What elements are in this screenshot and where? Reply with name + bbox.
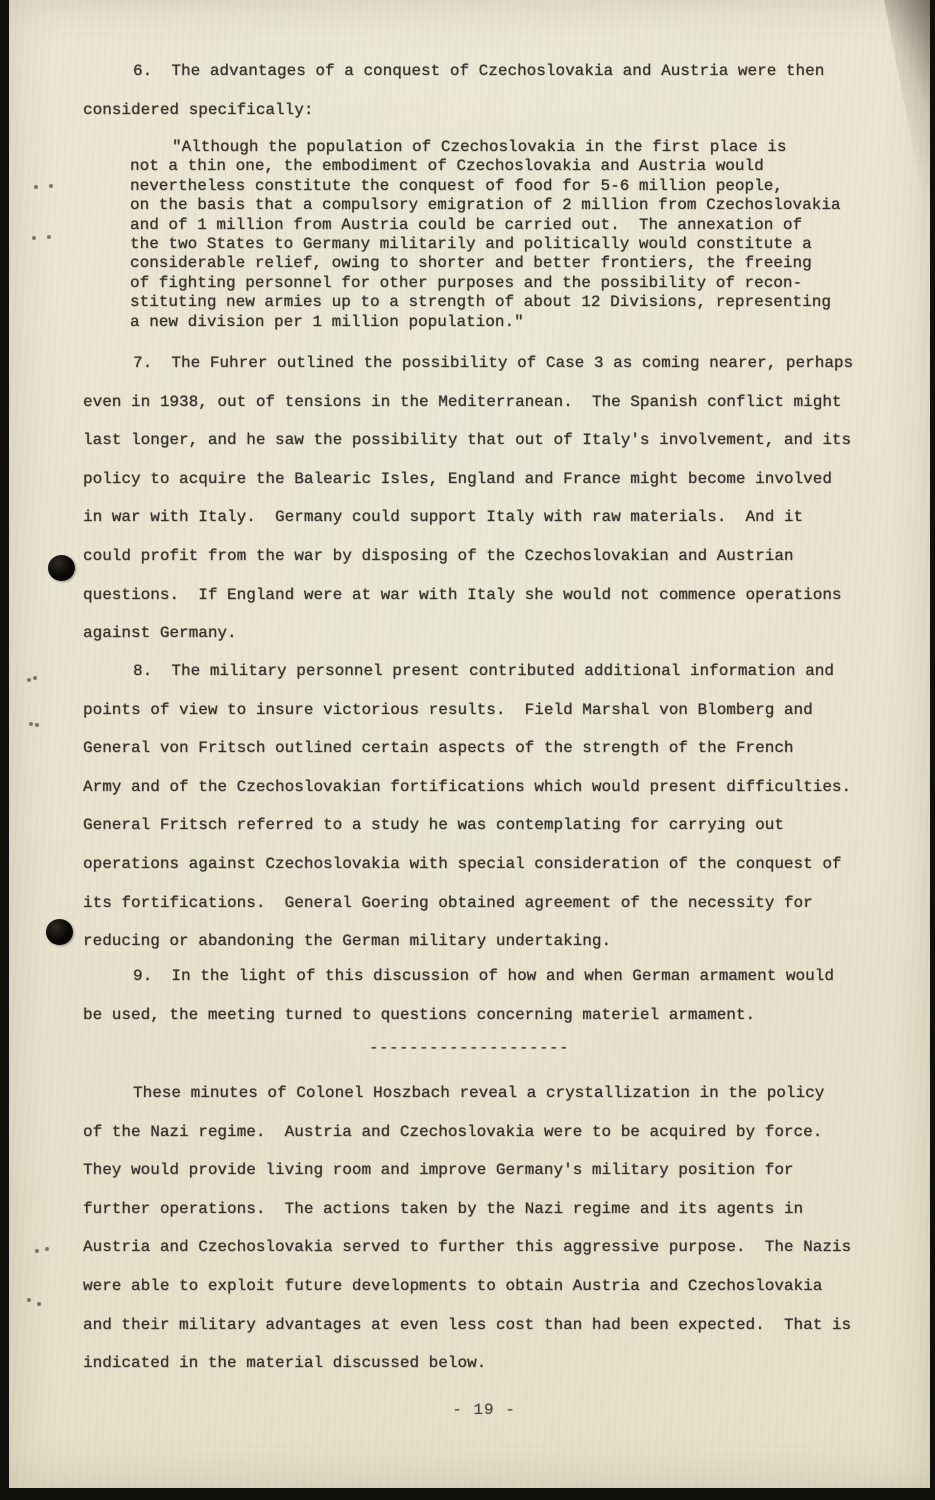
text-line: considered specifically: (83, 91, 855, 130)
margin-dot-mark (35, 1249, 39, 1253)
text-line: and of 1 million from Austria could be c… (130, 216, 849, 235)
margin-dot-mark (27, 1298, 31, 1302)
text-line: against Germany. (83, 614, 855, 653)
page-corner-fold (884, 0, 930, 235)
text-line: Austria and Czechoslovakia served to fur… (83, 1228, 855, 1267)
margin-dot-mark (32, 236, 36, 240)
text-line: "Although the population of Czechoslovak… (130, 138, 849, 157)
margin-dot-mark (29, 722, 33, 726)
text-line: its fortifications. General Goering obta… (83, 884, 855, 923)
text-line: could profit from the war by disposing o… (83, 537, 855, 576)
dashed-separator: -------------------- (83, 1037, 855, 1059)
text-line: of fighting personnel for other purposes… (130, 274, 849, 293)
text-line: 8. The military personnel present contri… (83, 652, 855, 691)
text-line: be used, the meeting turned to questions… (83, 996, 855, 1035)
text-line: They would provide living room and impro… (83, 1151, 855, 1190)
paragraph-9: 9. In the light of this discussion of ho… (83, 957, 855, 1034)
text-line: not a thin one, the embodiment of Czecho… (130, 157, 849, 176)
margin-dot-mark (34, 185, 38, 189)
text-line: 9. In the light of this discussion of ho… (83, 957, 855, 996)
typewritten-text: 6. The advantages of a conquest of Czech… (83, 0, 855, 1488)
text-line: nevertheless constitute the conquest of … (130, 177, 849, 196)
hole-punch (46, 919, 73, 945)
text-line: considerable relief, owing to shorter an… (130, 254, 849, 273)
hole-punch (48, 555, 75, 581)
margin-dot-mark (47, 235, 51, 239)
text-line: points of view to insure victorious resu… (83, 691, 855, 730)
text-line: of the Nazi regime. Austria and Czechosl… (83, 1113, 855, 1152)
text-line: in war with Italy. Germany could support… (83, 498, 855, 537)
text-line: on the basis that a compulsory emigratio… (130, 196, 849, 215)
paper-page: 6. The advantages of a conquest of Czech… (9, 0, 930, 1488)
closing-paragraph: These minutes of Colonel Hoszbach reveal… (83, 1074, 855, 1383)
text-line: General von Fritsch outlined certain asp… (83, 729, 855, 768)
text-line: and their military advantages at even le… (83, 1306, 855, 1345)
text-line: operations against Czechoslovakia with s… (83, 845, 855, 884)
text-line: last longer, and he saw the possibility … (83, 421, 855, 460)
margin-dot-mark (33, 676, 37, 680)
text-line: These minutes of Colonel Hoszbach reveal… (83, 1074, 855, 1113)
text-line: the two States to Germany militarily and… (130, 235, 849, 254)
text-line: indicated in the material discussed belo… (83, 1344, 855, 1383)
text-line: policy to acquire the Balearic Isles, En… (83, 460, 855, 499)
paragraph-7: 7. The Fuhrer outlined the possibility o… (83, 344, 855, 653)
margin-dot-mark (45, 1247, 49, 1251)
text-line: General Fritsch referred to a study he w… (83, 806, 855, 845)
text-line: Army and of the Czechoslovakian fortific… (83, 768, 855, 807)
margin-dot-mark (27, 678, 31, 682)
text-line: 7. The Fuhrer outlined the possibility o… (83, 344, 855, 383)
paragraph-6: 6. The advantages of a conquest of Czech… (83, 52, 855, 129)
text-line: stituting new armies up to a strength of… (130, 293, 849, 312)
text-line: reducing or abandoning the German milita… (83, 922, 855, 961)
page-number: - 19 - (113, 1399, 855, 1421)
text-line: a new division per 1 million population.… (130, 313, 849, 332)
paragraph-8: 8. The military personnel present contri… (83, 652, 855, 961)
text-line: questions. If England were at war with I… (83, 576, 855, 615)
text-line: even in 1938, out of tensions in the Med… (83, 383, 855, 422)
margin-dot-mark (49, 184, 53, 188)
text-line: were able to exploit future developments… (83, 1267, 855, 1306)
text-line: 6. The advantages of a conquest of Czech… (83, 52, 855, 91)
text-line: further operations. The actions taken by… (83, 1190, 855, 1229)
margin-dot-mark (35, 723, 39, 727)
margin-dot-mark (37, 1302, 41, 1306)
block-quote: "Although the population of Czechoslovak… (130, 138, 849, 332)
scanned-document: 6. The advantages of a conquest of Czech… (0, 0, 935, 1500)
